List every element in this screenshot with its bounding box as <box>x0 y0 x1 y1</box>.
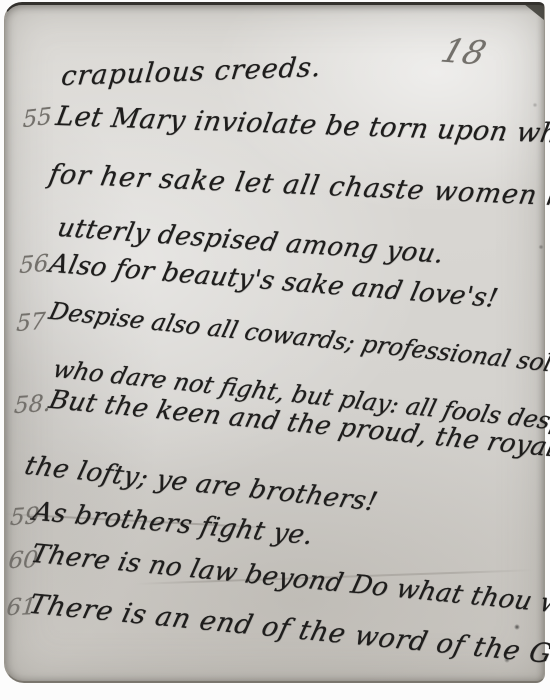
verse-number: 55 <box>23 103 53 133</box>
manuscript-line: for her sake let all chaste women be <box>46 159 550 213</box>
page-number: 18 <box>437 31 491 72</box>
scanned-image: 18 crapulous creeds. 55 Let Mary inviola… <box>0 0 550 700</box>
verse-number: 56 <box>19 250 50 279</box>
manuscript-line: crapulous creeds. <box>60 52 323 92</box>
verse-number: 57 <box>16 308 47 337</box>
manuscript-page: 18 crapulous creeds. 55 Let Mary inviola… <box>4 2 545 683</box>
page-corner-shadow <box>518 5 544 22</box>
manuscript-line: Let Mary inviolate be torn upon wheels: <box>54 101 550 152</box>
verse-number: 58. <box>13 390 51 419</box>
